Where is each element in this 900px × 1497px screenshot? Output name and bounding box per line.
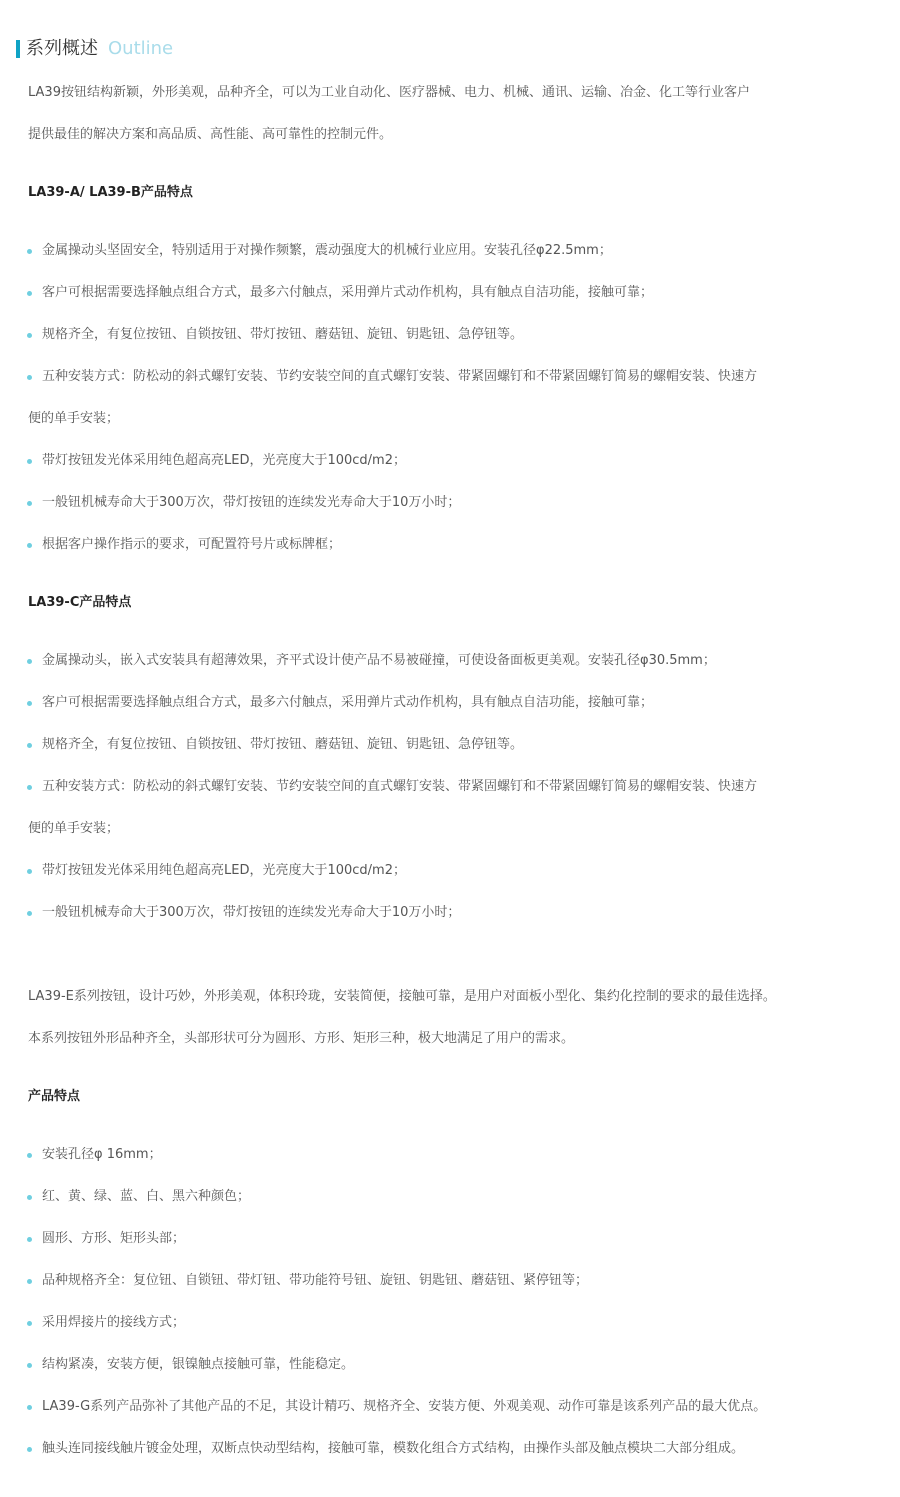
bullet-dot-icon (27, 1405, 32, 1410)
title-accent-bar (16, 40, 20, 58)
list-item: 触头连同接线触片镀金处理，双断点快动型结构，接触可靠，模数化组合方式结构，由操作… (27, 1440, 744, 1458)
bullet-dot-icon (27, 375, 32, 380)
bullet-dot-icon (27, 1195, 32, 1200)
list-item: 五种安装方式：防松动的斜式螺钉安装、节约安装空间的直式螺钉安装、带紧固螺钉和不带… (27, 368, 757, 386)
bullet-dot-icon (27, 1363, 32, 1368)
list-item: 规格齐全，有复位按钮、自锁按钮、带灯按钮、蘑菇钮、旋钮、钥匙钮、急停钮等。 (27, 326, 523, 344)
bullet-dot-icon (27, 459, 32, 464)
bullet-dot-icon (27, 659, 32, 664)
list-item: 金属操动头，嵌入式安装具有超薄效果，齐平式设计使产品不易被碰撞，可使设备面板更美… (27, 652, 716, 670)
bullet-dot-icon (27, 1321, 32, 1326)
list-item: 金属操动头坚固安全，特别适用于对操作频繁，震动强度大的机械行业应用。安装孔径φ2… (27, 242, 612, 260)
heading-la39-c: LA39-C产品特点 (28, 594, 131, 612)
bullet-dot-icon (27, 869, 32, 874)
list-item-continuation: 便的单手安装； (28, 820, 119, 838)
list-item: 五种安装方式：防松动的斜式螺钉安装、节约安装空间的直式螺钉安装、带紧固螺钉和不带… (27, 778, 757, 796)
heading-la39-ab: LA39-A/ LA39-B产品特点 (28, 184, 193, 202)
la39-e-intro-line-2: 本系列按钮外形品种齐全，头部形状可分为圆形、方形、矩形三种，极大地满足了用户的需… (28, 1030, 574, 1048)
list-item: 红、黄、绿、蓝、白、黑六种颜色； (27, 1188, 250, 1206)
list-item: 一般钮机械寿命大于300万次，带灯按钮的连续发光寿命大于10万小时； (27, 904, 460, 922)
bullet-dot-icon (27, 1237, 32, 1242)
list-item: 圆形、方形、矩形头部； (27, 1230, 185, 1248)
list-item: 品种规格齐全：复位钮、自锁钮、带灯钮、带功能符号钮、旋钮、钥匙钮、蘑菇钮、紧停钮… (27, 1272, 588, 1290)
intro-line-1: LA39按钮结构新颖，外形美观，品种齐全，可以为工业自动化、医疗器械、电力、机械… (28, 84, 750, 102)
bullet-dot-icon (27, 1447, 32, 1452)
bullet-dot-icon (27, 333, 32, 338)
bullet-dot-icon (27, 701, 32, 706)
title-english: Outline (108, 38, 173, 60)
heading-product-features: 产品特点 (28, 1088, 80, 1106)
bullet-dot-icon (27, 291, 32, 296)
bullet-dot-icon (27, 785, 32, 790)
list-item-continuation: 便的单手安装； (28, 410, 119, 428)
list-item: 一般钮机械寿命大于300万次，带灯按钮的连续发光寿命大于10万小时； (27, 494, 460, 512)
title-chinese: 系列概述 (26, 38, 98, 60)
list-item: 安装孔径φ 16mm； (27, 1146, 162, 1164)
list-item: 客户可根据需要选择触点组合方式，最多六付触点，采用弹片式动作机构，具有触点自洁功… (27, 694, 653, 712)
bullet-dot-icon (27, 911, 32, 916)
list-item: LA39-G系列产品弥补了其他产品的不足，其设计精巧、规格齐全、安装方便、外观美… (27, 1398, 766, 1416)
bullet-dot-icon (27, 1279, 32, 1284)
list-item: 采用焊接片的接线方式； (27, 1314, 185, 1332)
list-item: 规格齐全，有复位按钮、自锁按钮、带灯按钮、蘑菇钮、旋钮、钥匙钮、急停钮等。 (27, 736, 523, 754)
list-item: 根据客户操作指示的要求，可配置符号片或标牌框； (27, 536, 341, 554)
la39-e-intro-line-1: LA39-E系列按钮，设计巧妙，外形美观，体积玲珑，安装简便，接触可靠，是用户对… (28, 988, 776, 1006)
list-item: 客户可根据需要选择触点组合方式，最多六付触点，采用弹片式动作机构，具有触点自洁功… (27, 284, 653, 302)
bullet-dot-icon (27, 501, 32, 506)
bullet-dot-icon (27, 743, 32, 748)
bullet-dot-icon (27, 1153, 32, 1158)
bullet-dot-icon (27, 543, 32, 548)
list-item: 带灯按钮发光体采用纯色超高亮LED，光亮度大于100cd/m2； (27, 452, 406, 470)
section-title: 系列概述 Outline (16, 38, 173, 60)
bullet-dot-icon (27, 249, 32, 254)
intro-line-2: 提供最佳的解决方案和高品质、高性能、高可靠性的控制元件。 (28, 126, 392, 144)
list-item: 带灯按钮发光体采用纯色超高亮LED，光亮度大于100cd/m2； (27, 862, 406, 880)
list-item: 结构紧凑，安装方便，银镍触点接触可靠，性能稳定。 (27, 1356, 354, 1374)
